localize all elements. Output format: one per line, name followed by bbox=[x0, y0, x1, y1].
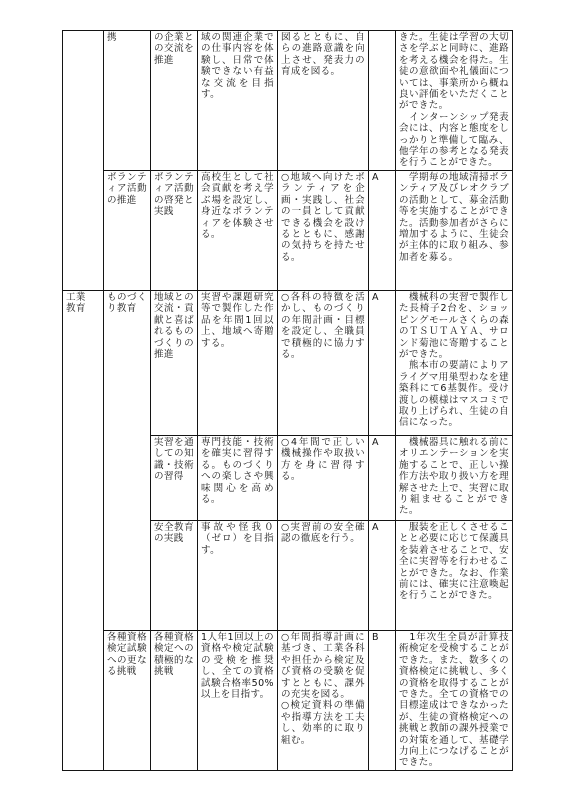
result-paragraph: インターンシップ発表会には、内容と態度をしっかりと準備して臨み、他学年の参考とな… bbox=[399, 112, 509, 169]
measure-cell: ○4年間で正しい機械操作や取扱い方を身に習得する。 bbox=[278, 435, 369, 520]
target-cell: 高校生として社会貢献を考え学ぶ場を設定し、身近なボランティアを体験させる。 bbox=[198, 170, 278, 290]
grade-cell: A bbox=[369, 170, 396, 290]
measure-cell: ○各科の特徴を活かし、ものづくりの年間計画・目標を設定し、全職員で積極的に協力す… bbox=[278, 290, 369, 435]
result-paragraph: 機械科の実習で製作した長椅子2台を、ショッピングモールさくらの森のＴＳＵＴＡＹＡ… bbox=[399, 292, 509, 360]
measure-paragraph: ○実習前の安全確認の徹底を行う。 bbox=[281, 522, 365, 545]
measure-paragraph: ○年間指導計画に基づき、工業各科や担任から検定及び資格の受験を促すとともに、課外… bbox=[281, 632, 365, 700]
result-paragraph: 1年次生全員が計算技術検定を受検することができた。また、数多くの資格検定に挑戦し… bbox=[399, 632, 509, 769]
target-cell: 域の関連企業での仕事内容を体験し、日常で体験できない有益な交流を目指す。 bbox=[198, 31, 278, 171]
result-cell: 機械器具に触れる前にオリエンテーションを実施することで、正しい操作方法や取り扱い… bbox=[396, 435, 513, 520]
target-cell: 事故や怪我０（ゼロ）を目指す。 bbox=[198, 520, 278, 630]
subitem-cell: 安全教育の実践 bbox=[151, 520, 198, 630]
grade-cell: A bbox=[369, 520, 396, 630]
result-cell: 服装を正しくさせることと必要に応じて保護具を装着させることで、安全に実習等を行わ… bbox=[396, 520, 513, 630]
measure-cell: 図るとともに、自らの進路意識を向上させ、発表力の育成を図る。 bbox=[278, 31, 369, 171]
measure-paragraph: ○検定資料の準備や指導方法を工夫し、効率的に取り組む。 bbox=[281, 700, 365, 746]
result-paragraph: 機械器具に触れる前にオリエンテーションを実施することで、正しい操作方法や取り扱い… bbox=[399, 437, 509, 517]
target-cell: 1人年1回以上の資格や検定試験の受検を推奨し、全ての資格試験合格率50%以上を目… bbox=[198, 630, 278, 770]
result-cell: 学期毎の地域清掃ボランティア及びレオクラブの活動として、募金活動等を実施すること… bbox=[396, 170, 513, 290]
table-row: 各種資格検定試験への更なる挑戦 各種資格検定への積極的な挑戦 1人年1回以上の資… bbox=[63, 630, 513, 770]
result-paragraph: きた。生徒は学習の大切さを学ぶと同時に、進路を考える機会を得た。生徒の意欲面や礼… bbox=[399, 32, 509, 112]
target-cell: 実習や課題研究等で製作した作品を年間1回以上、地域へ寄贈する。 bbox=[198, 290, 278, 435]
result-cell: 1年次生全員が計算技術検定を受検することができた。また、数多くの資格検定に挑戦し… bbox=[396, 630, 513, 770]
category-cell-blank bbox=[63, 31, 104, 291]
table-row: ボランティア活動の推進 ボランティア活動の啓発と実践 高校生として社会貢献を考え… bbox=[63, 170, 513, 290]
subitem-cell: 各種資格検定への積極的な挑戦 bbox=[151, 630, 198, 770]
subitem-cell: 実習を通しての知識・技術の習得 bbox=[151, 435, 198, 520]
item-cell: 携 bbox=[104, 31, 151, 171]
item-cell: ものづくり教育 bbox=[104, 290, 151, 630]
result-cell: きた。生徒は学習の大切さを学ぶと同時に、進路を考える機会を得た。生徒の意欲面や礼… bbox=[396, 31, 513, 171]
measure-paragraph: ○4年間で正しい機械操作や取扱い方を身に習得する。 bbox=[281, 437, 365, 483]
table-row: 工業教育 ものづくり教育 地域との交流・貢献と喜ばれるものづくりの推進 実習や課… bbox=[63, 290, 513, 435]
measure-paragraph: 図るとともに、自らの進路意識を向上させ、発表力の育成を図る。 bbox=[281, 32, 365, 78]
item-cell: 各種資格検定試験への更なる挑戦 bbox=[104, 630, 151, 770]
result-cell: 機械科の実習で製作した長椅子2台を、ショッピングモールさくらの森のＴＳＵＴＡＹＡ… bbox=[396, 290, 513, 435]
result-paragraph: 学期毎の地域清掃ボランティア及びレオクラブの活動として、募金活動等を実施すること… bbox=[399, 172, 509, 263]
evaluation-table: 携 の企業との交流を推進 域の関連企業での仕事内容を体験し、日常で体験できない有… bbox=[62, 30, 513, 771]
grade-cell bbox=[369, 31, 396, 171]
measure-cell: ○実習前の安全確認の徹底を行う。 bbox=[278, 520, 369, 630]
document-page: 携 の企業との交流を推進 域の関連企業での仕事内容を体験し、日常で体験できない有… bbox=[0, 0, 566, 800]
grade-cell: A bbox=[369, 290, 396, 435]
category-label: 工業教育 bbox=[66, 292, 88, 315]
grade-cell: B bbox=[369, 630, 396, 770]
category-cell-industrial: 工業教育 bbox=[63, 290, 104, 770]
target-cell: 専門技能・技術を確実に習得する。ものづくりへの楽しさや興味関心を高める。 bbox=[198, 435, 278, 520]
measure-cell: ○地域へ向けたボランティアを企画・実践し、社会の一員として貢献できる機会を設ける… bbox=[278, 170, 369, 290]
grade-cell: A bbox=[369, 435, 396, 520]
item-cell: ボランティア活動の推進 bbox=[104, 170, 151, 290]
subitem-cell: の企業との交流を推進 bbox=[151, 31, 198, 171]
result-paragraph: 熊本市の要請によりアライグマ用巣型わなを建築科にて6基製作。受け渡しの模様はマス… bbox=[399, 360, 509, 428]
measure-paragraph: ○各科の特徴を活かし、ものづくりの年間計画・目標を設定し、全職員で積極的に協力す… bbox=[281, 292, 365, 360]
subitem-cell: 地域との交流・貢献と喜ばれるものづくりの推進 bbox=[151, 290, 198, 435]
subitem-cell: ボランティア活動の啓発と実践 bbox=[151, 170, 198, 290]
measure-paragraph: ○地域へ向けたボランティアを企画・実践し、社会の一員として貢献できる機会を設ける… bbox=[281, 172, 365, 263]
result-paragraph: 服装を正しくさせることと必要に応じて保護具を装着させることで、安全に実習等を行わ… bbox=[399, 522, 509, 602]
table-row: 携 の企業との交流を推進 域の関連企業での仕事内容を体験し、日常で体験できない有… bbox=[63, 31, 513, 171]
measure-cell: ○年間指導計画に基づき、工業各科や担任から検定及び資格の受験を促すとともに、課外… bbox=[278, 630, 369, 770]
